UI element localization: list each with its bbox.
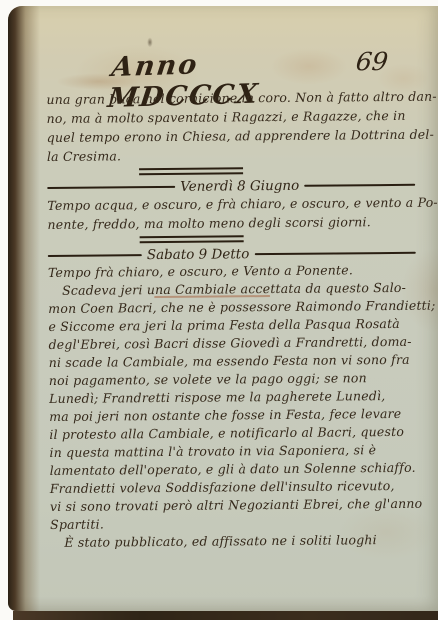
manuscript-line: vi si sono trovati però altri Negozianti… bbox=[50, 495, 418, 516]
manuscript-closing-line: È stato pubblicato, ed affissato ne i so… bbox=[50, 531, 418, 552]
manuscript-line: la Cresima. bbox=[47, 144, 415, 166]
book-gutter-shadow bbox=[8, 6, 40, 611]
section-paragraph: Tempo acqua, e oscuro, e frà chiaro, e o… bbox=[47, 193, 415, 234]
section-heading: Venerdì 8 Giugno bbox=[175, 177, 304, 194]
section-paragraph: Tempo frà chiaro, e oscuro, e Vento a Po… bbox=[48, 261, 418, 552]
heading-rule-right bbox=[304, 183, 415, 186]
manuscript-line: quel tempo erono in Chiesa, ad apprender… bbox=[47, 125, 415, 147]
page-content: Anno MDCCCX 69 una gran buca nel cornici… bbox=[46, 47, 418, 552]
page-number: 69 bbox=[355, 47, 390, 76]
section-divider bbox=[140, 235, 244, 243]
manuscript-scan: Anno MDCCCX 69 una gran buca nel cornici… bbox=[0, 0, 438, 620]
opening-paragraph: una gran buca nel cornicione in coro. No… bbox=[46, 87, 415, 166]
manuscript-line: nente, freddo, ma molto meno degli scors… bbox=[47, 212, 415, 234]
section-heading: Sabato 9 Detto bbox=[142, 246, 255, 263]
header-row: Anno MDCCCX 69 bbox=[46, 47, 414, 90]
heading-rule-left bbox=[48, 254, 142, 257]
heading-rule-right bbox=[254, 251, 415, 254]
heading-rule-left bbox=[47, 185, 175, 188]
section-divider bbox=[139, 167, 243, 175]
book-bottom-edge bbox=[13, 611, 438, 620]
